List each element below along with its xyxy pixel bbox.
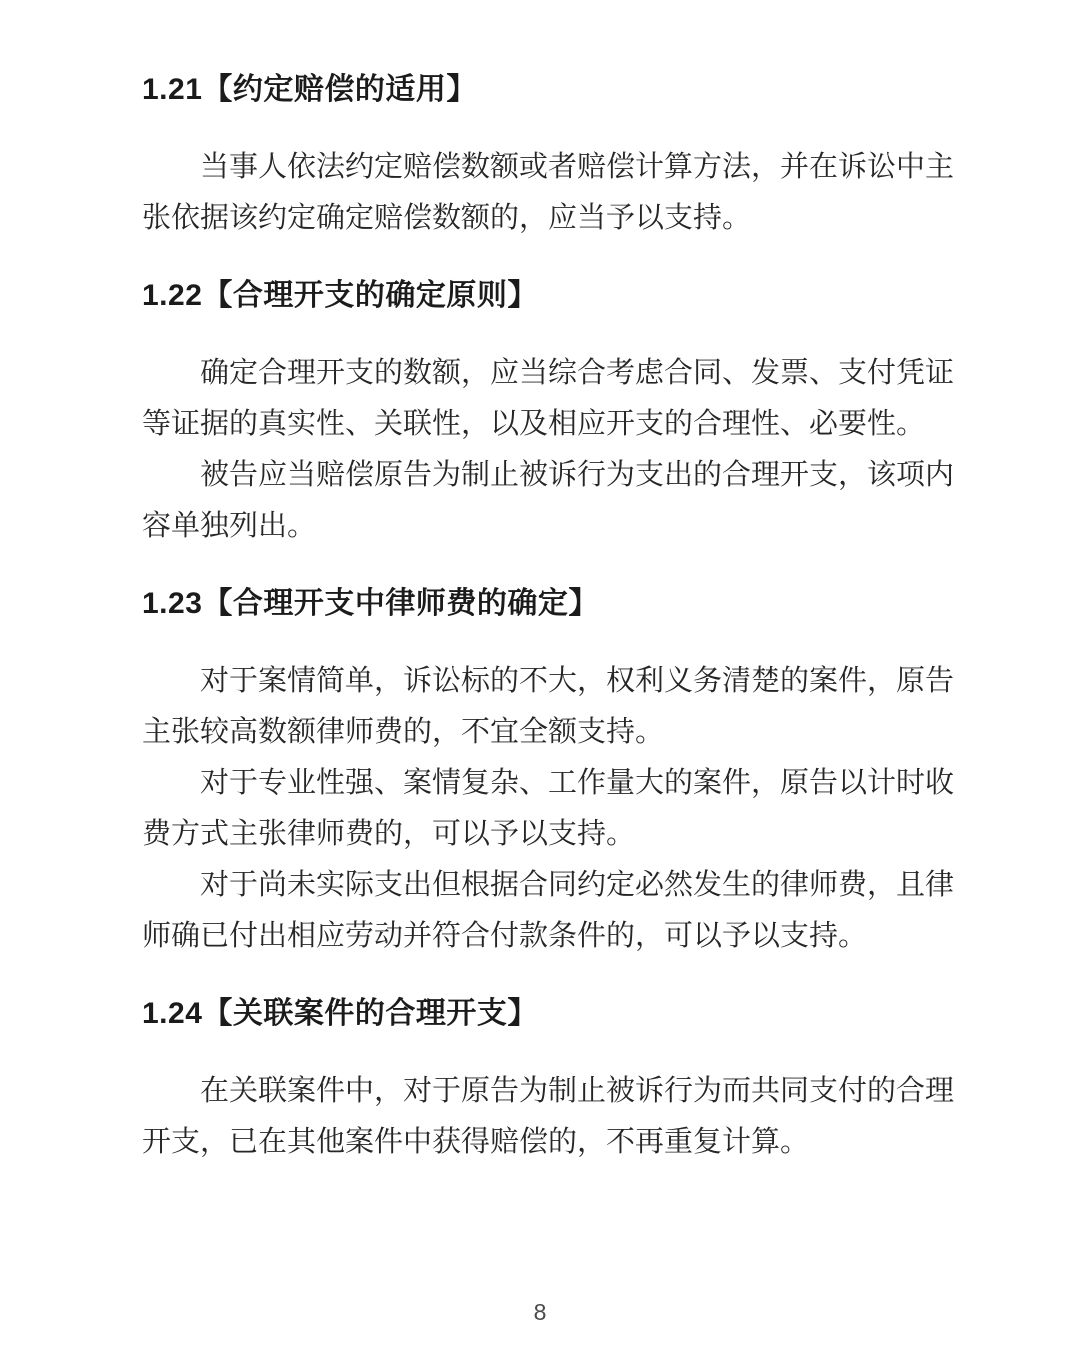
paragraph: 确定合理开支的数额，应当综合考虑合同、发票、支付凭证 等证据的真实性、关联性，以… — [142, 348, 982, 450]
paragraph: 被告应当赔偿原告为制止被诉行为支出的合理开支，该项内 容单独列出。 — [142, 450, 982, 552]
section-heading: 1.23【合理开支中律师费的确定】 — [142, 578, 982, 630]
section-1-24: 1.24【关联案件的合理开支】 在关联案件中，对于原告为制止被诉行为而共同支付的… — [142, 988, 982, 1168]
section-1-21: 1.21【约定赔偿的适用】 当事人依法约定赔偿数额或者赔偿计算方法，并在诉讼中主… — [142, 64, 982, 244]
section-heading: 1.22【合理开支的确定原则】 — [142, 270, 982, 322]
paragraph: 对于尚未实际支出但根据合同约定必然发生的律师费，且律 师确已付出相应劳动并符合付… — [142, 860, 982, 962]
section-1-23: 1.23【合理开支中律师费的确定】 对于案情简单，诉讼标的不大，权利义务清楚的案… — [142, 578, 982, 962]
page-number: 8 — [0, 1298, 1080, 1326]
section-1-22: 1.22【合理开支的确定原则】 确定合理开支的数额，应当综合考虑合同、发票、支付… — [142, 270, 982, 552]
paragraph: 对于专业性强、案情复杂、工作量大的案件，原告以计时收 费方式主张律师费的，可以予… — [142, 758, 982, 860]
paragraph: 当事人依法约定赔偿数额或者赔偿计算方法，并在诉讼中主 张依据该约定确定赔偿数额的… — [142, 142, 982, 244]
document-content: 1.21【约定赔偿的适用】 当事人依法约定赔偿数额或者赔偿计算方法，并在诉讼中主… — [142, 38, 982, 1168]
paragraph: 在关联案件中，对于原告为制止被诉行为而共同支付的合理 开支，已在其他案件中获得赔… — [142, 1066, 982, 1168]
section-heading: 1.21【约定赔偿的适用】 — [142, 64, 982, 116]
paragraph: 对于案情简单，诉讼标的不大，权利义务清楚的案件，原告 主张较高数额律师费的，不宜… — [142, 656, 982, 758]
document-page: 1.21【约定赔偿的适用】 当事人依法约定赔偿数额或者赔偿计算方法，并在诉讼中主… — [0, 0, 1080, 1346]
section-heading: 1.24【关联案件的合理开支】 — [142, 988, 982, 1040]
